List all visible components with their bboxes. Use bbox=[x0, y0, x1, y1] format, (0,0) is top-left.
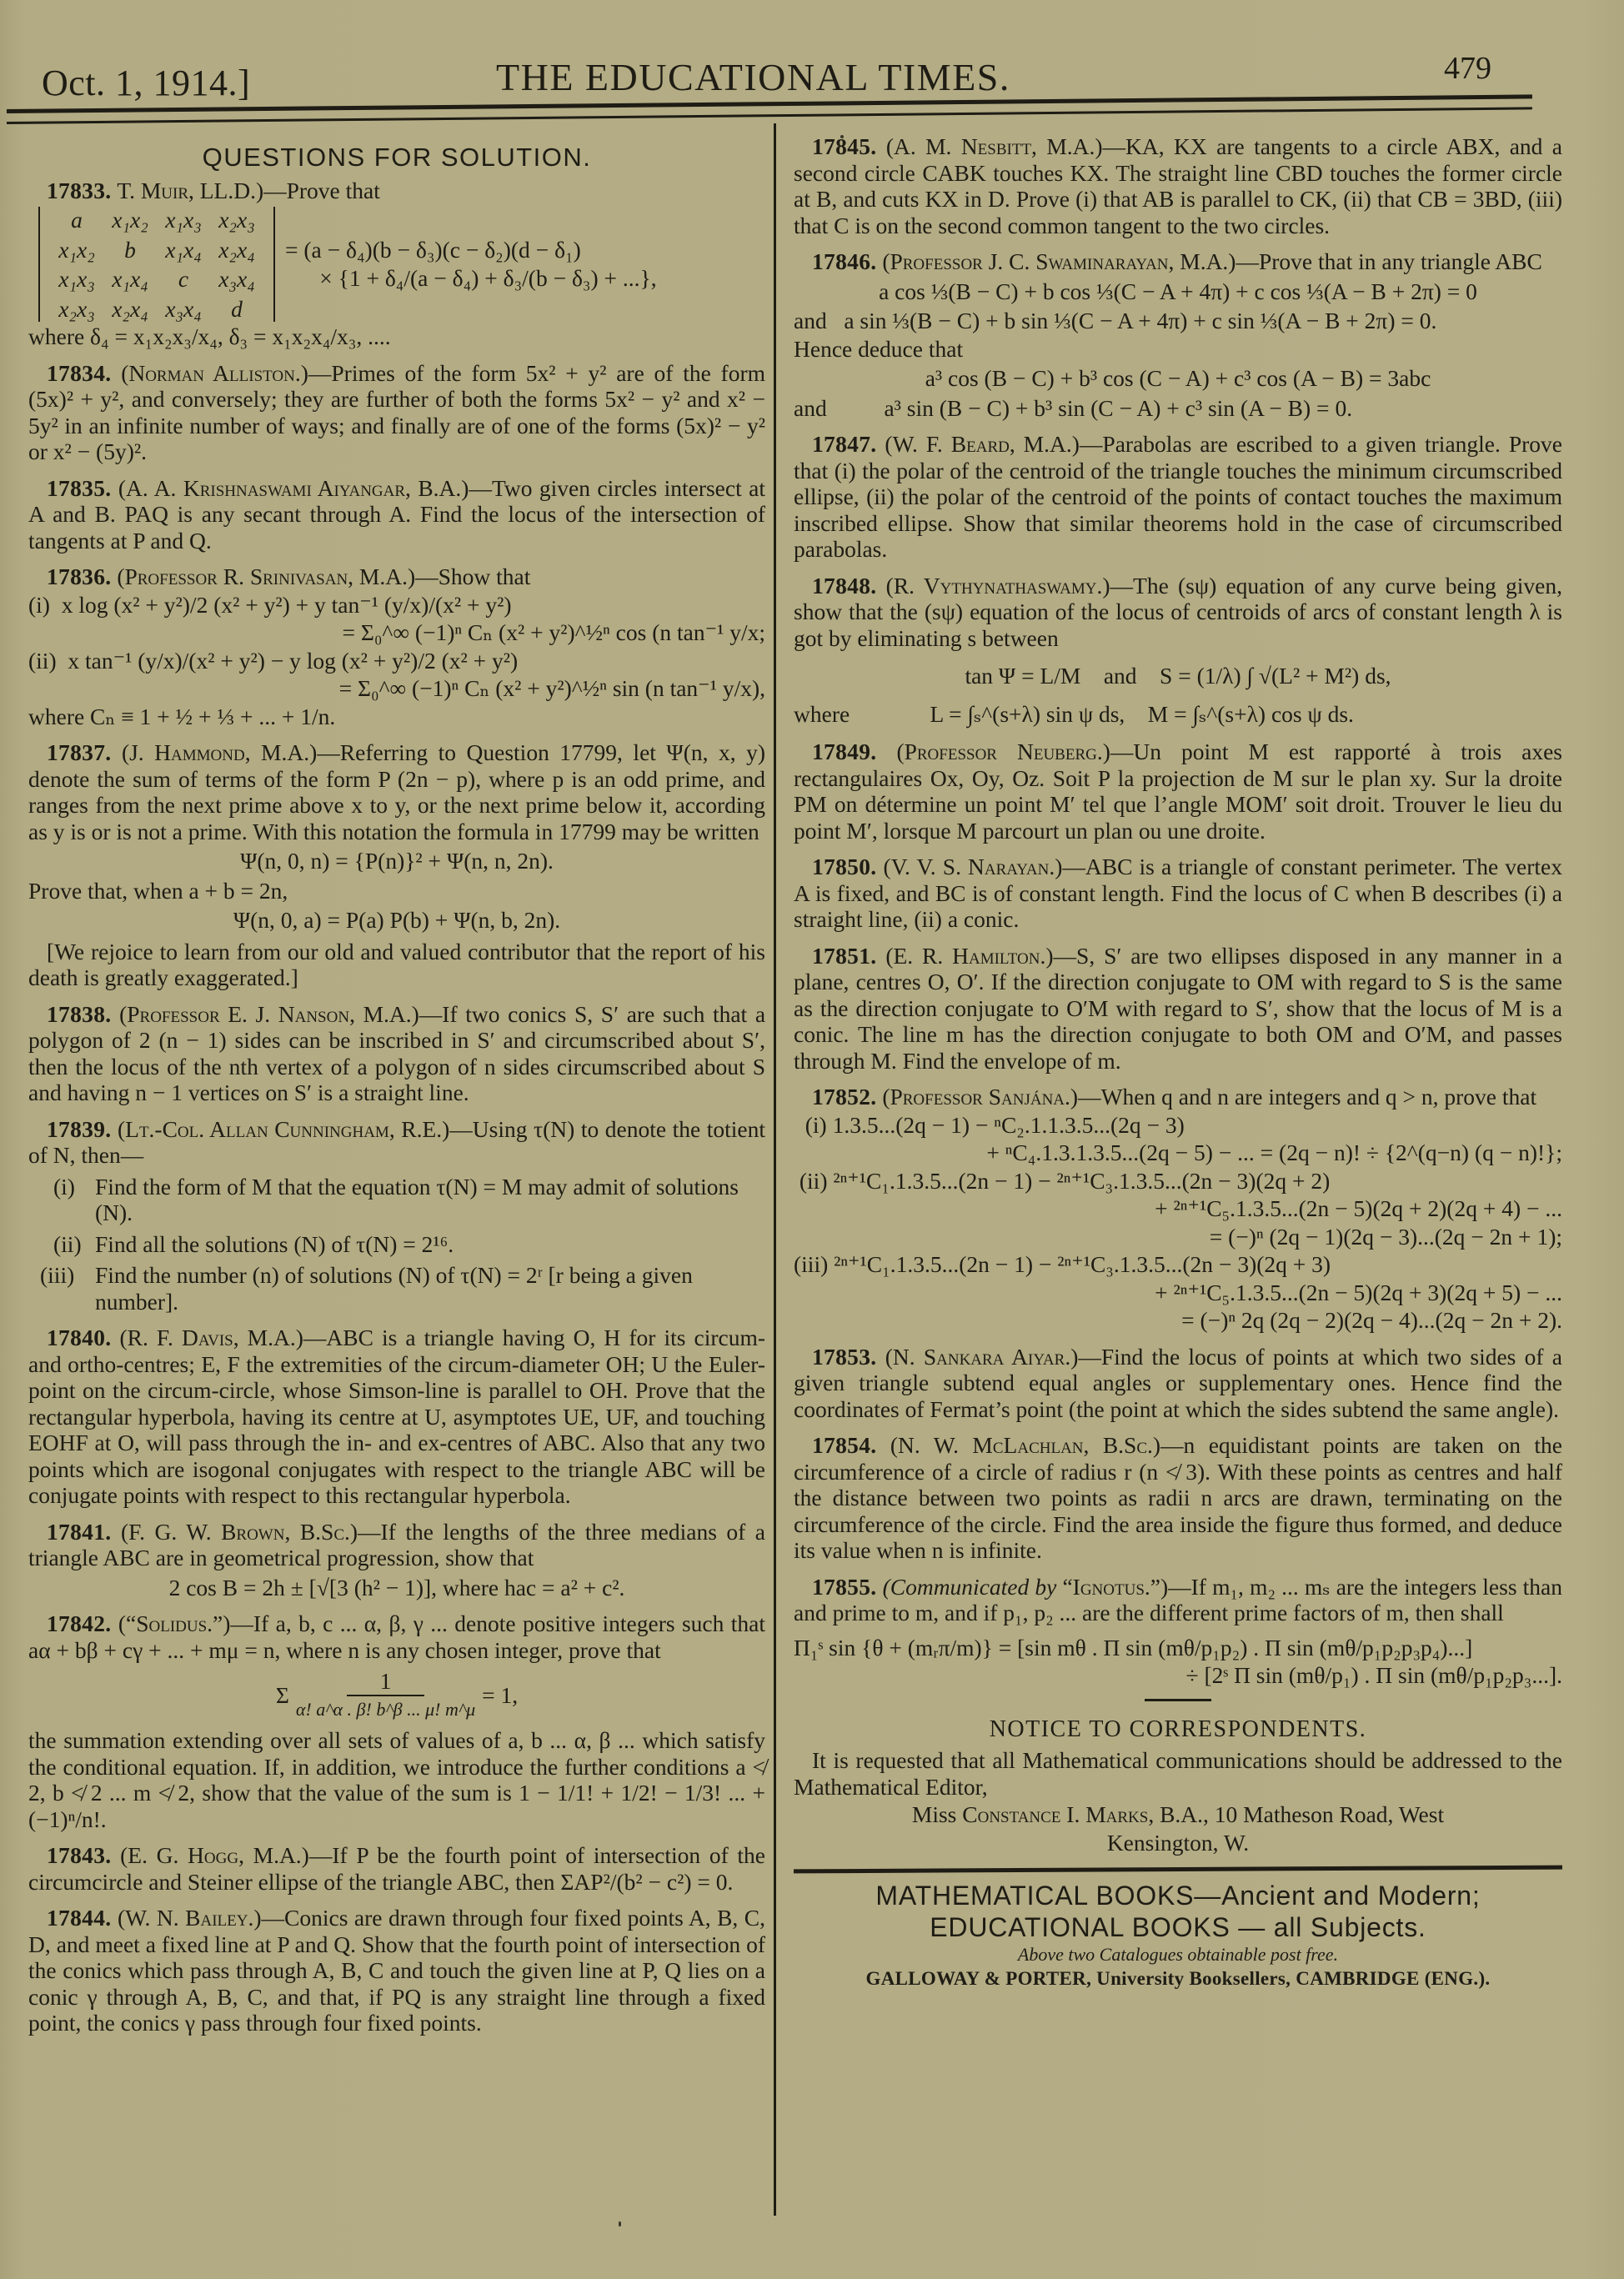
question-number: 17837. bbox=[47, 739, 111, 765]
notice-section: NOTICE TO CORRESPONDENTS. It is requeste… bbox=[794, 1716, 1562, 1856]
question-number: 17853. bbox=[812, 1344, 876, 1370]
denominator: α! a^α . β! b^β ... μ! m^μ bbox=[296, 1696, 475, 1723]
question-author: (A. A. Krishnaswami Aiyangar, B.A.) bbox=[118, 475, 469, 501]
matrix-cell: c bbox=[157, 266, 210, 293]
equation-line: (ii) ²ⁿ⁺¹C₁.1.3.5...(2n − 1) − ²ⁿ⁺¹C₃.1.… bbox=[794, 1168, 1562, 1195]
sub-item: (iii)Find the number (n) of solutions (N… bbox=[28, 1262, 765, 1315]
equation-line: (i) x log (x² + y²)/2 (x² + y²) + y tan⁻… bbox=[28, 592, 765, 619]
matrix-cell: x₂x₄ bbox=[103, 296, 157, 323]
matrix-cell: x₁x₄ bbox=[103, 266, 157, 293]
question-17835: 17835. (A. A. Krishnaswami Aiyangar, B.A… bbox=[28, 475, 765, 554]
question-number: 17852. bbox=[812, 1084, 876, 1109]
display-equation: a³ cos (B − C) + b³ cos (C − A) + c³ cos… bbox=[794, 365, 1562, 392]
notice-title: NOTICE TO CORRESPONDENTS. bbox=[794, 1716, 1562, 1743]
sub-item: (ii)Find all the solutions (N) of τ(N) =… bbox=[28, 1231, 765, 1258]
column-divider bbox=[774, 123, 776, 2216]
issue-date: Oct. 1, 1914.] bbox=[42, 62, 250, 104]
item-label: (ii) bbox=[28, 648, 57, 674]
question-author: (Professor Sanjána.) bbox=[882, 1084, 1078, 1109]
display-equation: Ψ(n, 0, a) = P(a) P(b) + Ψ(n, b, 2n). bbox=[28, 907, 765, 934]
question-author: (Professor Neuberg.) bbox=[896, 739, 1110, 764]
determinant-equation: a x₁x₂ x₁x₃ x₂x₃ x₁x₂ b x₁x₄ x₂x₄ x₁x₃ x… bbox=[38, 207, 765, 322]
display-equation: and a sin ⅓(B − C) + b sin ⅓(C − A + 4π)… bbox=[794, 308, 1562, 334]
determinant-rhs: = (a − δ₄)(b − δ₃)(c − δ₂)(d − δ₁) × {1 … bbox=[285, 236, 657, 293]
equation-text: x tan⁻¹ (y/x)/(x² + y²) − y log (x² + y²… bbox=[68, 648, 518, 674]
question-author: (Professor E. J. Nanson, M.A.) bbox=[119, 1001, 419, 1027]
equation-text: 1.3.5...(2q − 1) − ⁿC₂.1.1.3.5...(2q − 3… bbox=[833, 1112, 1185, 1138]
question-17854: 17854. (N. W. McLachlan, B.Sc.)—n equidi… bbox=[794, 1432, 1562, 1564]
editor-address-line2: Kensington, W. bbox=[794, 1830, 1562, 1856]
display-equation: where L = ∫ₛ^(s+λ) sin ψ ds, M = ∫ₛ^(s+λ… bbox=[794, 701, 1562, 728]
question-text: Hence deduce that bbox=[794, 336, 1562, 363]
equation-line: = (−)ⁿ (2q − 1)(2q − 3)...(2q − 2n + 1); bbox=[794, 1224, 1562, 1250]
question-17839: 17839. (Lt.-Col. Allan Cunningham, R.E.)… bbox=[28, 1116, 765, 1315]
question-number: 17836. bbox=[47, 563, 111, 589]
question-number: 17846. bbox=[812, 248, 876, 274]
advert-headline: MATHEMATICAL BOOKS—Ancient and Modern; bbox=[794, 1880, 1562, 1911]
question-author: (Norman Alliston.) bbox=[121, 360, 308, 386]
sub-item: (i)Find the form of M that the equation … bbox=[28, 1174, 765, 1226]
question-author: (W. F. Beard, M.A.) bbox=[885, 431, 1080, 457]
equation-text: ²ⁿ⁺¹C₁.1.3.5...(2n − 1) − ²ⁿ⁺¹C₃.1.3.5..… bbox=[833, 1168, 1330, 1194]
notice-body: It is requested that all Mathematical co… bbox=[794, 1747, 1562, 1800]
question-number: 17834. bbox=[47, 360, 111, 386]
question-17843: 17843. (E. G. Hogg, M.A.)—If P be the fo… bbox=[28, 1842, 765, 1895]
matrix-cell: x₁x₄ bbox=[157, 237, 210, 263]
question-number: 17839. bbox=[47, 1116, 111, 1142]
question-17848: 17848. (R. Vythynathaswamy.)—The (sψ) eq… bbox=[794, 573, 1562, 728]
rhs-line: = (a − δ₄)(b − δ₃)(c − δ₂)(d − δ₁) bbox=[285, 236, 657, 264]
advertisement: MATHEMATICAL BOOKS—Ancient and Modern; E… bbox=[794, 1880, 1562, 1991]
item-label: (i) bbox=[53, 1174, 75, 1200]
determinant-matrix: a x₁x₂ x₁x₃ x₂x₃ x₁x₂ b x₁x₄ x₂x₄ x₁x₃ x… bbox=[38, 207, 275, 322]
equation-line: = Σ₀^∞ (−1)ⁿ Cₙ (x² + y²)^½ⁿ cos (n tan⁻… bbox=[28, 619, 765, 646]
question-text: —Prove that bbox=[263, 178, 380, 203]
question-17847: 17847. (W. F. Beard, M.A.)—Parabolas are… bbox=[794, 431, 1562, 563]
journal-page: Oct. 1, 1914.] THE EDUCATIONAL TIMES. 47… bbox=[0, 0, 1624, 2279]
question-17836: 17836. (Professor R. Srinivasan, M.A.)—S… bbox=[28, 563, 765, 729]
display-equation: Π₁ˢ sin {θ + (mᵣπ/m)} = [sin mθ . Π sin … bbox=[794, 1635, 1562, 1661]
item-label: (ii) bbox=[53, 1231, 82, 1258]
question-number: 17851. bbox=[812, 943, 876, 969]
journal-title: THE EDUCATIONAL TIMES. bbox=[496, 55, 1010, 99]
question-number: 17843. bbox=[47, 1842, 111, 1868]
item-label: (ii) bbox=[799, 1168, 828, 1194]
question-author: T. Muir, LL.D.) bbox=[117, 178, 263, 203]
matrix-cell: b bbox=[103, 237, 157, 263]
equation-line: (iii) ²ⁿ⁺¹C₁.1.3.5...(2n − 1) − ²ⁿ⁺¹C₃.1… bbox=[794, 1251, 1562, 1278]
left-column: QUESTIONS FOR SOLUTION. 17833. T. Muir, … bbox=[28, 138, 765, 2046]
item-label: (i) bbox=[805, 1112, 827, 1138]
where-clause: where Cₙ ≡ 1 + ½ + ⅓ + ... + 1/n. bbox=[28, 704, 765, 730]
question-17851: 17851. (E. R. Hamilton.)—S, S′ are two e… bbox=[794, 943, 1562, 1074]
question-number: 17841. bbox=[47, 1519, 111, 1545]
equation-line: (i) 1.3.5...(2q − 1) − ⁿC₂.1.1.3.5...(2q… bbox=[794, 1112, 1562, 1139]
display-equation: a cos ⅓(B − C) + b cos ⅓(C − A + 4π) + c… bbox=[794, 278, 1562, 305]
question-author: (V. V. S. Narayan.) bbox=[884, 854, 1063, 879]
address-prefix: Miss bbox=[912, 1801, 957, 1827]
equation-line: = Σ₀^∞ (−1)ⁿ Cₙ (x² + y²)^½ⁿ sin (n tan⁻… bbox=[28, 675, 765, 702]
fraction: 1 α! a^α . β! b^β ... μ! m^μ bbox=[296, 1668, 475, 1722]
advert-subheadline: EDUCATIONAL BOOKS — all Subjects. bbox=[794, 1911, 1562, 1943]
question-number: 17833. bbox=[47, 178, 111, 203]
question-text: Prove that, when a + b = 2n, bbox=[28, 878, 765, 904]
equation-line: + ²ⁿ⁺¹C₅.1.3.5...(2n − 5)(2q + 3)(2q + 5… bbox=[794, 1280, 1562, 1306]
editor-name: Constance I. Marks bbox=[962, 1801, 1148, 1827]
question-author: (E. R. Hamilton.) bbox=[885, 943, 1053, 969]
print-speck bbox=[840, 135, 844, 138]
question-17852: 17852. (Professor Sanjána.)—When q and n… bbox=[794, 1084, 1562, 1334]
question-author: (N. W. McLachlan, B.Sc.) bbox=[890, 1432, 1160, 1458]
question-author: (“Solidus.”) bbox=[118, 1610, 231, 1636]
matrix-cell: x₃x₄ bbox=[157, 296, 210, 323]
address-text: , B.A., 10 Matheson Road, West bbox=[1148, 1801, 1444, 1827]
question-author: (Professor R. Srinivasan, M.A.) bbox=[117, 563, 415, 589]
right-column: 17845. (A. M. Nesbitt, M.A.)—KA, KX are … bbox=[794, 133, 1562, 1991]
question-number: 17847. bbox=[812, 431, 876, 457]
display-equation: tan Ψ = L/M and S = (1/λ) ∫ √(L² + M²) d… bbox=[794, 663, 1562, 689]
summation-equation: Σ 1 α! a^α . β! b^β ... μ! m^μ = 1, bbox=[28, 1668, 765, 1722]
question-number: 17845. bbox=[812, 133, 876, 159]
equation-line: (ii) x tan⁻¹ (y/x)/(x² + y²) − y log (x²… bbox=[28, 648, 765, 674]
question-17850: 17850. (V. V. S. Narayan.)—ABC is a tria… bbox=[794, 854, 1562, 933]
question-17834: 17834. (Norman Alliston.)—Primes of the … bbox=[28, 360, 765, 465]
question-number: 17840. bbox=[47, 1325, 111, 1350]
equation-line: + ²ⁿ⁺¹C₅.1.3.5...(2n − 5)(2q + 2)(2q + 4… bbox=[794, 1195, 1562, 1222]
question-number: 17838. bbox=[47, 1001, 111, 1027]
question-author: (F. G. W. Brown, B.Sc.) bbox=[121, 1519, 358, 1545]
question-author: (Professor J. C. Swaminarayan, M.A.) bbox=[882, 248, 1236, 274]
matrix-cell: x₁x₂ bbox=[103, 207, 157, 233]
advert-rule bbox=[794, 1866, 1562, 1874]
question-author: (R. F. Davis, M.A.) bbox=[120, 1325, 303, 1350]
matrix-cell: x₂x₃ bbox=[50, 296, 103, 323]
question-author: (W. N. Bailey.) bbox=[118, 1905, 262, 1931]
matrix-cell: x₂x₃ bbox=[210, 207, 263, 233]
item-label: (iii) bbox=[40, 1262, 74, 1289]
question-number: 17854. bbox=[812, 1432, 876, 1458]
question-author: (N. Sankara Aiyar.) bbox=[885, 1344, 1079, 1370]
question-author: (Lt.-Col. Allan Cunningham, R.E.) bbox=[118, 1116, 449, 1142]
question-number: 17844. bbox=[47, 1905, 111, 1931]
item-label: (iii) bbox=[794, 1251, 828, 1277]
question-number: 17842. bbox=[47, 1610, 111, 1636]
question-number: 17848. bbox=[812, 573, 876, 599]
rhs-line: × {1 + δ₄/(a − δ₄) + δ₃/(b − δ₃) + ...}, bbox=[285, 264, 657, 293]
author-prefix: (Communicated by bbox=[883, 1574, 1057, 1600]
print-speck bbox=[619, 2221, 621, 2226]
display-equation: and a³ sin (B − C) + b³ sin (C − A) + c³… bbox=[794, 395, 1562, 422]
advert-catalogue-note: Above two Catalogues obtainable post fre… bbox=[794, 1943, 1562, 1966]
question-17841: 17841. (F. G. W. Brown, B.Sc.)—If the le… bbox=[28, 1519, 765, 1601]
conjunction: and bbox=[794, 395, 827, 421]
sigma-symbol: Σ bbox=[276, 1682, 289, 1709]
question-author: (R. Vythynathaswamy.) bbox=[886, 573, 1110, 599]
where-clause: where δ₄ = x₁x₂x₃/x₄, δ₃ = x₁x₂x₄/x₃, ..… bbox=[28, 323, 765, 350]
equation-text: a³ sin (B − C) + b³ sin (C − A) + c³ sin… bbox=[884, 395, 1352, 421]
question-author: (J. Hammond, M.A.) bbox=[122, 739, 317, 765]
question-text: —Prove that in any triangle ABC bbox=[1236, 248, 1541, 274]
equation-text: L = ∫ₛ^(s+λ) sin ψ ds, M = ∫ₛ^(s+λ) cos … bbox=[930, 701, 1353, 727]
equation-text: x log (x² + y²)/2 (x² + y²) + y tan⁻¹ (y… bbox=[62, 592, 512, 618]
item-label: (i) bbox=[28, 592, 50, 618]
matrix-cell: x₁x₂ bbox=[50, 237, 103, 263]
matrix-cell: d bbox=[210, 296, 263, 323]
advert-bookseller: GALLOWAY & PORTER, University Bookseller… bbox=[794, 1966, 1562, 1991]
question-17845: 17845. (A. M. Nesbitt, M.A.)—KA, KX are … bbox=[794, 133, 1562, 238]
matrix-cell: x₁x₃ bbox=[50, 266, 103, 293]
question-17837: 17837. (J. Hammond, M.A.)—Referring to Q… bbox=[28, 739, 765, 991]
question-17842: 17842. (“Solidus.”)—If a, b, c ... α, β,… bbox=[28, 1610, 765, 1832]
where-label: where bbox=[794, 701, 850, 727]
question-text: —When q and n are integers and q > n, pr… bbox=[1078, 1084, 1536, 1109]
question-17844: 17844. (W. N. Bailey.)—Conics are drawn … bbox=[28, 1905, 765, 2036]
question-number: 17835. bbox=[47, 475, 111, 501]
editorial-note: [We rejoice to learn from our old and va… bbox=[28, 939, 765, 991]
question-author: “Ignotus.”) bbox=[1062, 1574, 1168, 1600]
display-equation: 2 cos B = 2h ± [√[3 (h² − 1)], where hac… bbox=[28, 1575, 765, 1601]
item-text: Find all the solutions (N) of τ(N) = 2¹⁶… bbox=[95, 1231, 454, 1257]
question-17838: 17838. (Professor E. J. Nanson, M.A.)—If… bbox=[28, 1001, 765, 1106]
equals-one: = 1, bbox=[482, 1682, 518, 1709]
question-17833: 17833. T. Muir, LL.D.)—Prove that a x₁x₂… bbox=[28, 178, 765, 350]
matrix-cell: x₂x₄ bbox=[210, 237, 263, 263]
question-text: —Show that bbox=[415, 563, 530, 589]
question-text: —ABC is a triangle having O, H for its c… bbox=[28, 1325, 765, 1508]
equation-line: = (−)ⁿ 2q (2q − 2)(2q − 4)...(2q − 2n + … bbox=[794, 1307, 1562, 1334]
matrix-cell: x₃x₄ bbox=[210, 266, 263, 293]
question-17840: 17840. (R. F. Davis, M.A.)—ABC is a tria… bbox=[28, 1325, 765, 1509]
question-text: the summation extending over all sets of… bbox=[28, 1727, 765, 1832]
question-17849: 17849. (Professor Neuberg.)—Un point M e… bbox=[794, 739, 1562, 844]
section-separator bbox=[1145, 1699, 1211, 1701]
item-text: Find the form of M that the equation τ(N… bbox=[95, 1174, 739, 1226]
display-equation: Ψ(n, 0, n) = {P(n)}² + Ψ(n, n, 2n). bbox=[28, 848, 765, 874]
conjunction: and bbox=[794, 308, 827, 333]
page-number: 479 bbox=[1444, 50, 1491, 87]
equation-line: + ⁿC₄.1.3.1.3.5...(2q − 5) − ... = (2q −… bbox=[794, 1139, 1562, 1166]
display-equation: ÷ [2ˢ Π sin (mθ/p₁) . Π sin (mθ/p₁p₂p₃..… bbox=[794, 1662, 1562, 1689]
question-number: 17855. bbox=[812, 1574, 876, 1600]
section-title: QUESTIONS FOR SOLUTION. bbox=[28, 144, 765, 171]
question-author: (E. G. Hogg, M.A.) bbox=[120, 1842, 309, 1868]
equation-text: a sin ⅓(B − C) + b sin ⅓(C − A + 4π) + c… bbox=[844, 308, 1436, 333]
item-text: Find the number (n) of solutions (N) of … bbox=[95, 1262, 693, 1315]
editor-address: Miss Constance I. Marks, B.A., 10 Mathes… bbox=[794, 1801, 1562, 1828]
question-number: 17850. bbox=[812, 854, 876, 879]
numerator: 1 bbox=[347, 1668, 425, 1696]
question-number: 17849. bbox=[812, 739, 876, 764]
question-17853: 17853. (N. Sankara Aiyar.)—Find the locu… bbox=[794, 1344, 1562, 1423]
matrix-cell: x₁x₃ bbox=[157, 207, 210, 233]
question-17846: 17846. (Professor J. C. Swaminarayan, M.… bbox=[794, 248, 1562, 421]
question-author: (A. M. Nesbitt, M.A.) bbox=[886, 133, 1103, 159]
question-17855: 17855. (Communicated by “Ignotus.”)—If m… bbox=[794, 1574, 1562, 1689]
equation-text: ²ⁿ⁺¹C₁.1.3.5...(2n − 1) − ²ⁿ⁺¹C₃.1.3.5..… bbox=[834, 1251, 1331, 1277]
matrix-cell: a bbox=[50, 207, 103, 233]
